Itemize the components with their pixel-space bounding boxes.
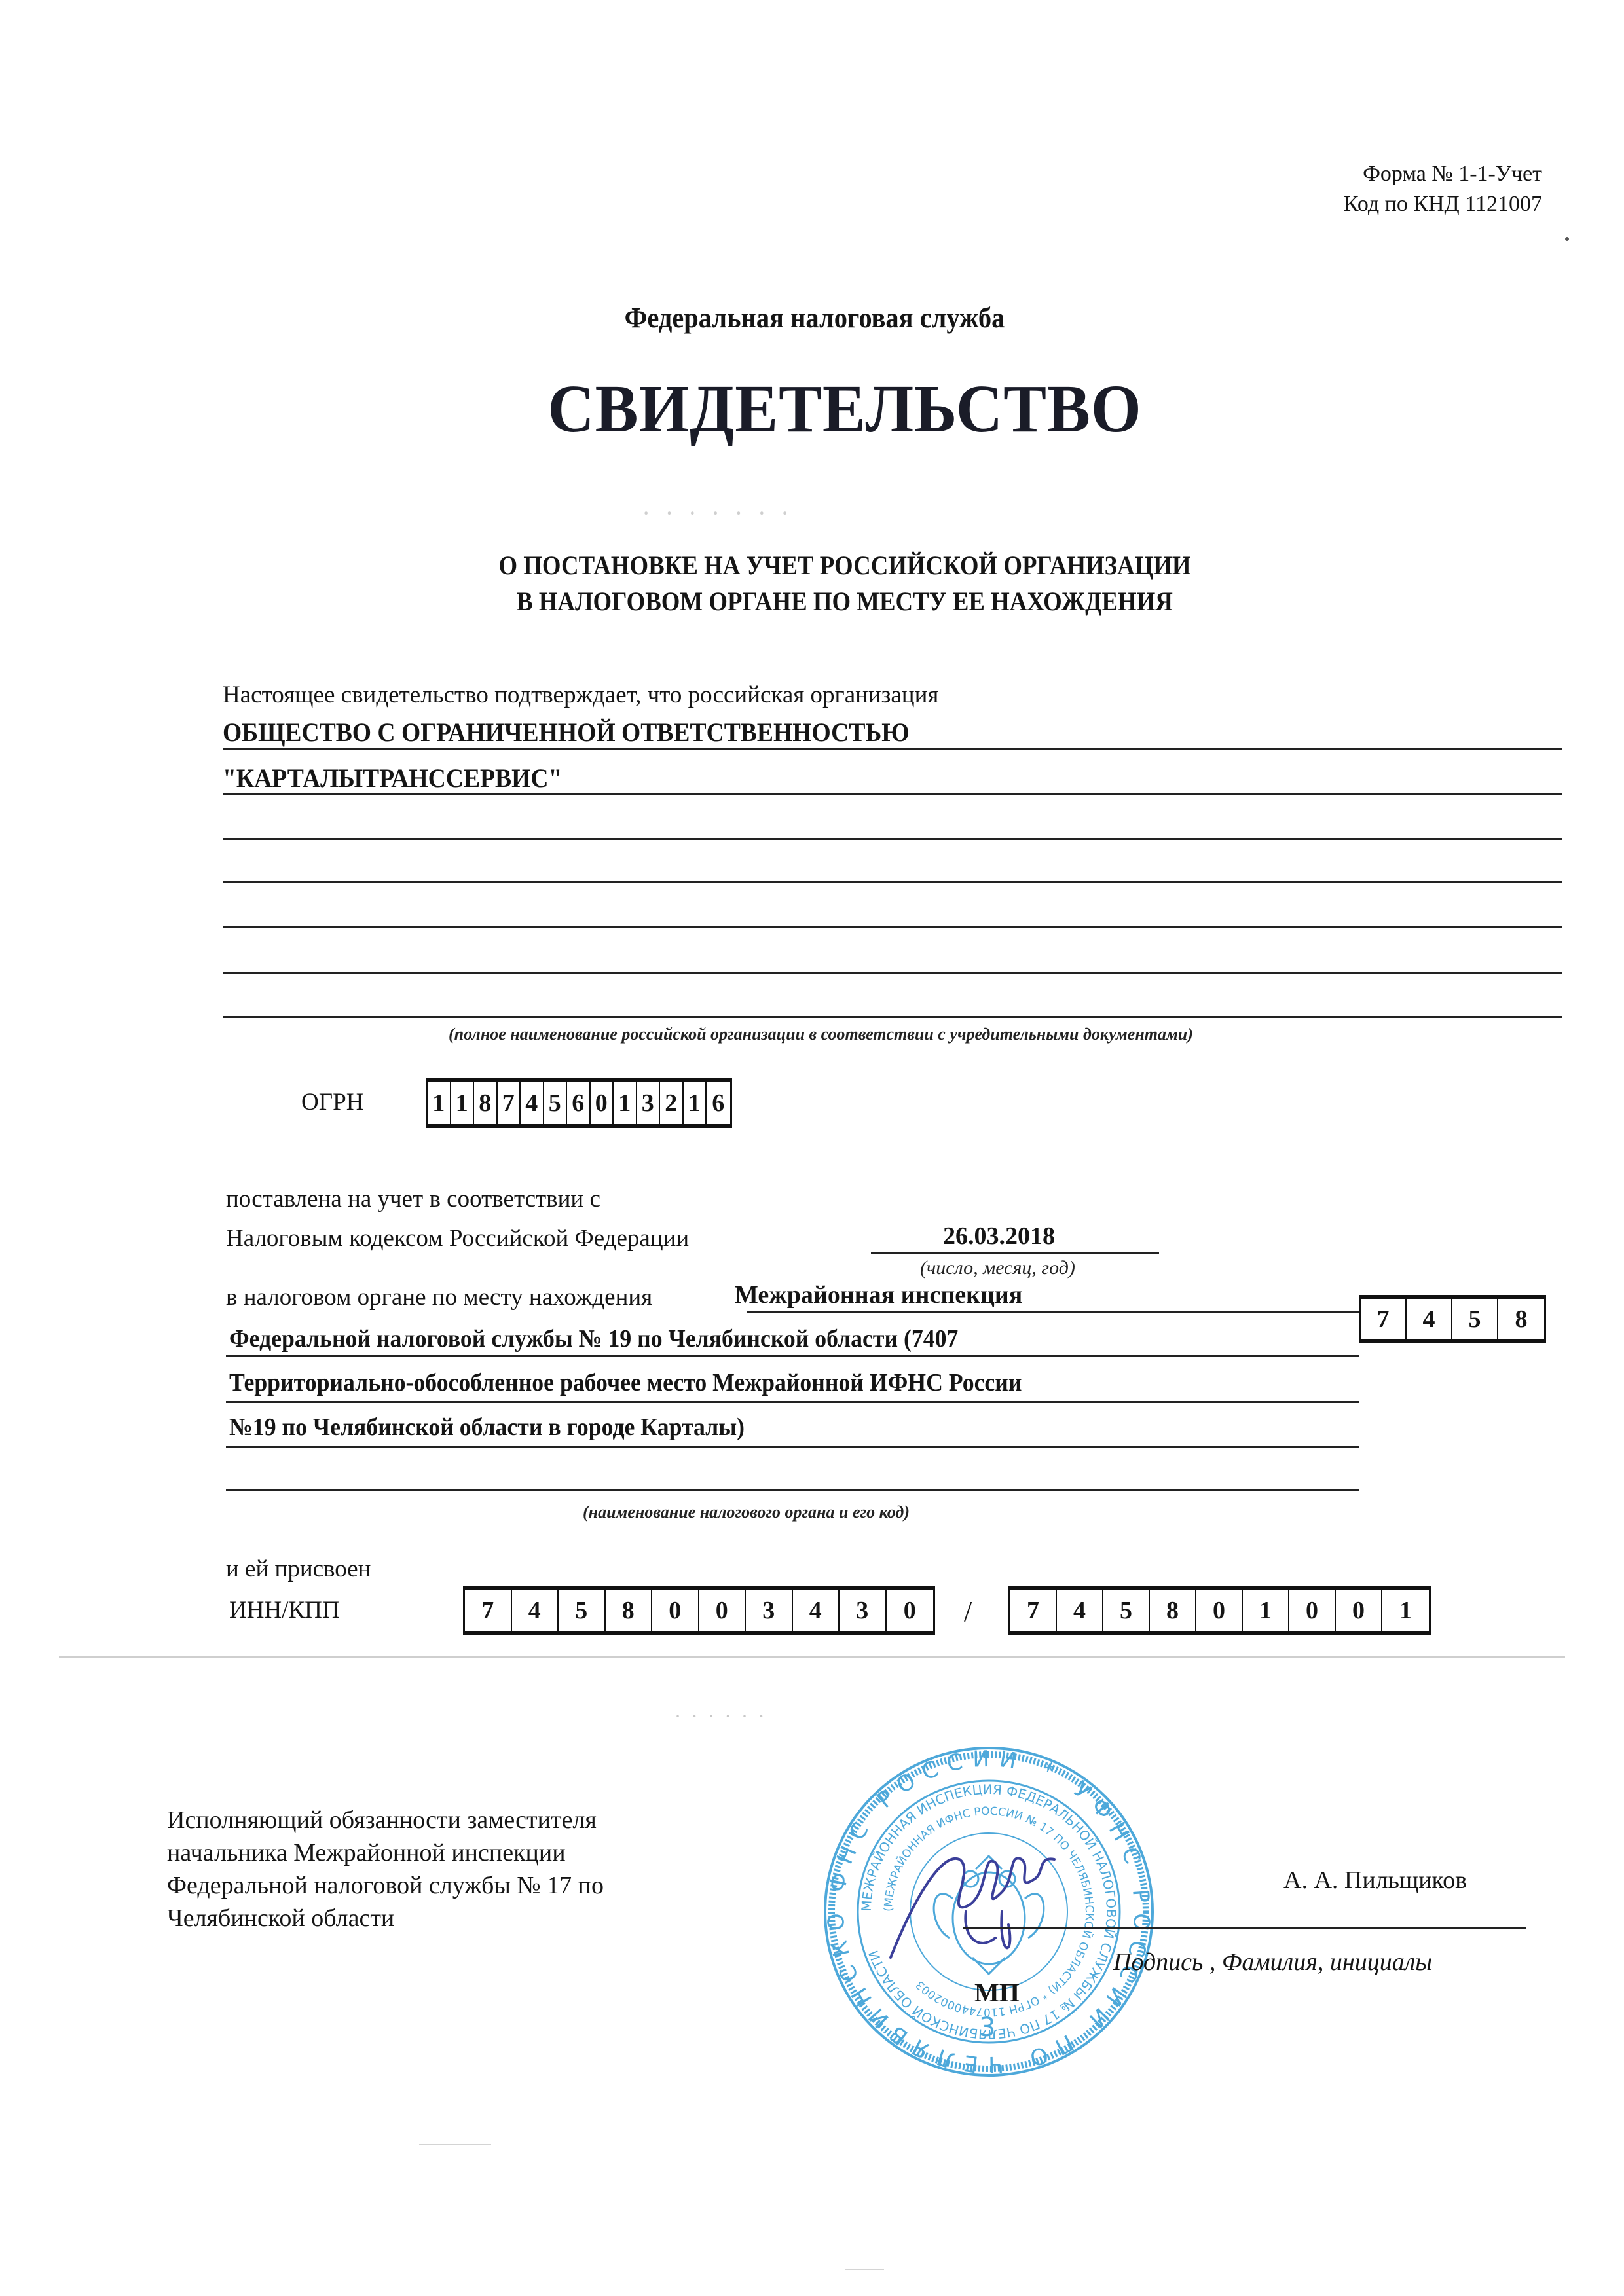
org-rule-2: [223, 793, 1562, 795]
kpp-digit-3: 5: [1103, 1590, 1150, 1631]
agency-name: Федеральная налоговая служба: [67, 301, 1562, 335]
signatory-position-line-3: Федеральной налоговой службы № 17 по: [167, 1869, 604, 1902]
ogrn-digit-1: 1: [428, 1082, 451, 1124]
kpp-digit-5: 0: [1196, 1590, 1243, 1631]
inn-digit-8: 4: [793, 1590, 840, 1631]
ogrn-digit-11: 2: [660, 1082, 684, 1124]
kpp-digit-4: 8: [1150, 1590, 1196, 1631]
tax-rule-5: [226, 1489, 1359, 1491]
ogrn-digit-boxes: 1187456013216: [426, 1078, 732, 1128]
form-header: Форма № 1-1-Учет Код по КНД 1121007: [1344, 159, 1542, 219]
org-rule-6: [223, 972, 1562, 974]
kpp-digit-7: 0: [1289, 1590, 1336, 1631]
inn-digit-2: 4: [512, 1590, 559, 1631]
tax-rule-4: [226, 1446, 1359, 1448]
certificate-intro: Настоящее свидетельство подтверждает, чт…: [223, 681, 938, 709]
inn-digit-6: 0: [699, 1590, 747, 1631]
svg-text:3: 3: [979, 2013, 995, 2043]
signature-caption: Подпись , Фамилия, инициалы: [1113, 1948, 1432, 1977]
ogrn-digit-2: 1: [451, 1082, 475, 1124]
inn-digit-4: 8: [606, 1590, 653, 1631]
kpp-digit-1: 7: [1010, 1590, 1057, 1631]
org-name-line-2: "КАРТАЛЫТРАНССЕРВИС": [223, 763, 562, 793]
kpp-digit-2: 4: [1057, 1590, 1103, 1631]
inn-digit-boxes: 7458003430: [463, 1586, 935, 1635]
org-rule-1: [223, 748, 1562, 750]
signature-rule: [963, 1927, 1526, 1929]
tax-code-digit-4: 8: [1498, 1299, 1544, 1339]
registration-text-2: Налоговым кодексом Российской Федерации: [226, 1224, 689, 1252]
ogrn-digit-8: 0: [591, 1082, 614, 1124]
org-name-line-1: ОБЩЕСТВО С ОГРАНИЧЕННОЙ ОТВЕТСТВЕННОСТЬЮ: [223, 717, 910, 748]
tax-code-digit-2: 4: [1407, 1299, 1452, 1339]
org-name-caption: (полное наименование российской организа…: [449, 1025, 1193, 1044]
tax-rule-1: [747, 1311, 1441, 1313]
date-rule: [871, 1252, 1159, 1254]
kpp-digit-8: 0: [1336, 1590, 1382, 1631]
tax-authority-caption: (наименование налогового органа и его ко…: [583, 1503, 910, 1522]
registration-text-1: поставлена на учет в соответствии с: [226, 1185, 600, 1213]
seal-label: МП: [974, 1977, 1020, 2008]
ogrn-digit-13: 6: [707, 1082, 730, 1124]
ogrn-digit-7: 6: [567, 1082, 591, 1124]
tax-code-digit-3: 5: [1452, 1299, 1498, 1339]
scan-speck: [1565, 237, 1569, 241]
signatory-position-line-4: Челябинской области: [167, 1902, 604, 1935]
kpp-digit-9: 1: [1382, 1590, 1429, 1631]
tax-code-digit-1: 7: [1361, 1299, 1407, 1339]
date-caption: (число, месяц, год): [920, 1257, 1075, 1279]
official-seal-stamp: ФНС РОССИИ * УФНС РОССИИ ПО ЧЕЛЯБИНСКОЙ …: [819, 1741, 1159, 2082]
signatory-position: Исполняющий обязанности заместителя нача…: [167, 1804, 604, 1935]
ogrn-digit-12: 1: [684, 1082, 707, 1124]
signatory-position-line-2: начальника Межрайонной инспекции: [167, 1836, 604, 1869]
inn-kpp-separator: /: [964, 1595, 972, 1628]
inn-digit-3: 5: [559, 1590, 606, 1631]
org-rule-7: [223, 1016, 1562, 1018]
inn-digit-10: 0: [887, 1590, 934, 1631]
tax-authority-line-2: Федеральной налоговой службы № 19 по Чел…: [229, 1324, 958, 1353]
tax-authority-line-3: Территориально-обособленное рабочее мест…: [229, 1368, 1022, 1397]
org-rule-3: [223, 838, 1562, 840]
ogrn-label: ОГРН: [301, 1088, 363, 1116]
subtitle-line-1: О ПОСТАНОВКЕ НА УЧЕТ РОССИЙСКОЙ ОРГАНИЗА…: [67, 550, 1622, 581]
document-title: СВИДЕТЕЛЬСТВО: [43, 370, 1624, 448]
kpp-digit-6: 1: [1243, 1590, 1289, 1631]
tax-authority-line-4: №19 по Челябинской области в городе Карт…: [229, 1413, 745, 1442]
faded-serial-number: · · · · · · ·: [642, 498, 793, 528]
tax-authority-label: в налоговом органе по месту нахождения: [226, 1283, 652, 1311]
inn-digit-1: 7: [465, 1590, 512, 1631]
tax-authority-code-boxes: 7458: [1359, 1295, 1546, 1343]
org-rule-4: [223, 881, 1562, 883]
inn-digit-9: 3: [840, 1590, 887, 1631]
scan-artifact-line: [59, 1656, 1565, 1658]
inn-digit-7: 3: [746, 1590, 793, 1631]
signatory-name: А. А. Пильщиков: [1283, 1866, 1467, 1895]
inn-digit-5: 0: [652, 1590, 699, 1631]
ogrn-digit-9: 1: [614, 1082, 637, 1124]
scan-artifact-bottom-2: [845, 2269, 884, 2270]
subtitle-line-2: В НАЛОГОВОМ ОРГАНЕ ПО МЕСТУ ЕЕ НАХОЖДЕНИ…: [67, 586, 1622, 617]
form-number: Форма № 1-1-Учет: [1344, 159, 1542, 189]
knd-code: Код по КНД 1121007: [1344, 189, 1542, 219]
inn-kpp-label: ИНН/КПП: [229, 1596, 340, 1624]
ogrn-digit-5: 4: [521, 1082, 544, 1124]
registration-date: 26.03.2018: [943, 1222, 1055, 1250]
faded-text-artifact: · · · · · ·: [674, 1705, 767, 1728]
tax-rule-2: [226, 1355, 1359, 1357]
tax-rule-3: [226, 1401, 1359, 1403]
ogrn-digit-10: 3: [637, 1082, 661, 1124]
ogrn-digit-6: 5: [544, 1082, 568, 1124]
ogrn-digit-3: 8: [474, 1082, 498, 1124]
org-rule-5: [223, 926, 1562, 928]
assigned-label: и ей присвоен: [226, 1555, 371, 1583]
scan-artifact-bottom-1: [419, 2144, 491, 2145]
ogrn-digit-4: 7: [498, 1082, 521, 1124]
kpp-digit-boxes: 745801001: [1008, 1586, 1431, 1635]
tax-authority-line-1: Межрайонная инспекция: [735, 1281, 1022, 1309]
signatory-position-line-1: Исполняющий обязанности заместителя: [167, 1804, 604, 1836]
